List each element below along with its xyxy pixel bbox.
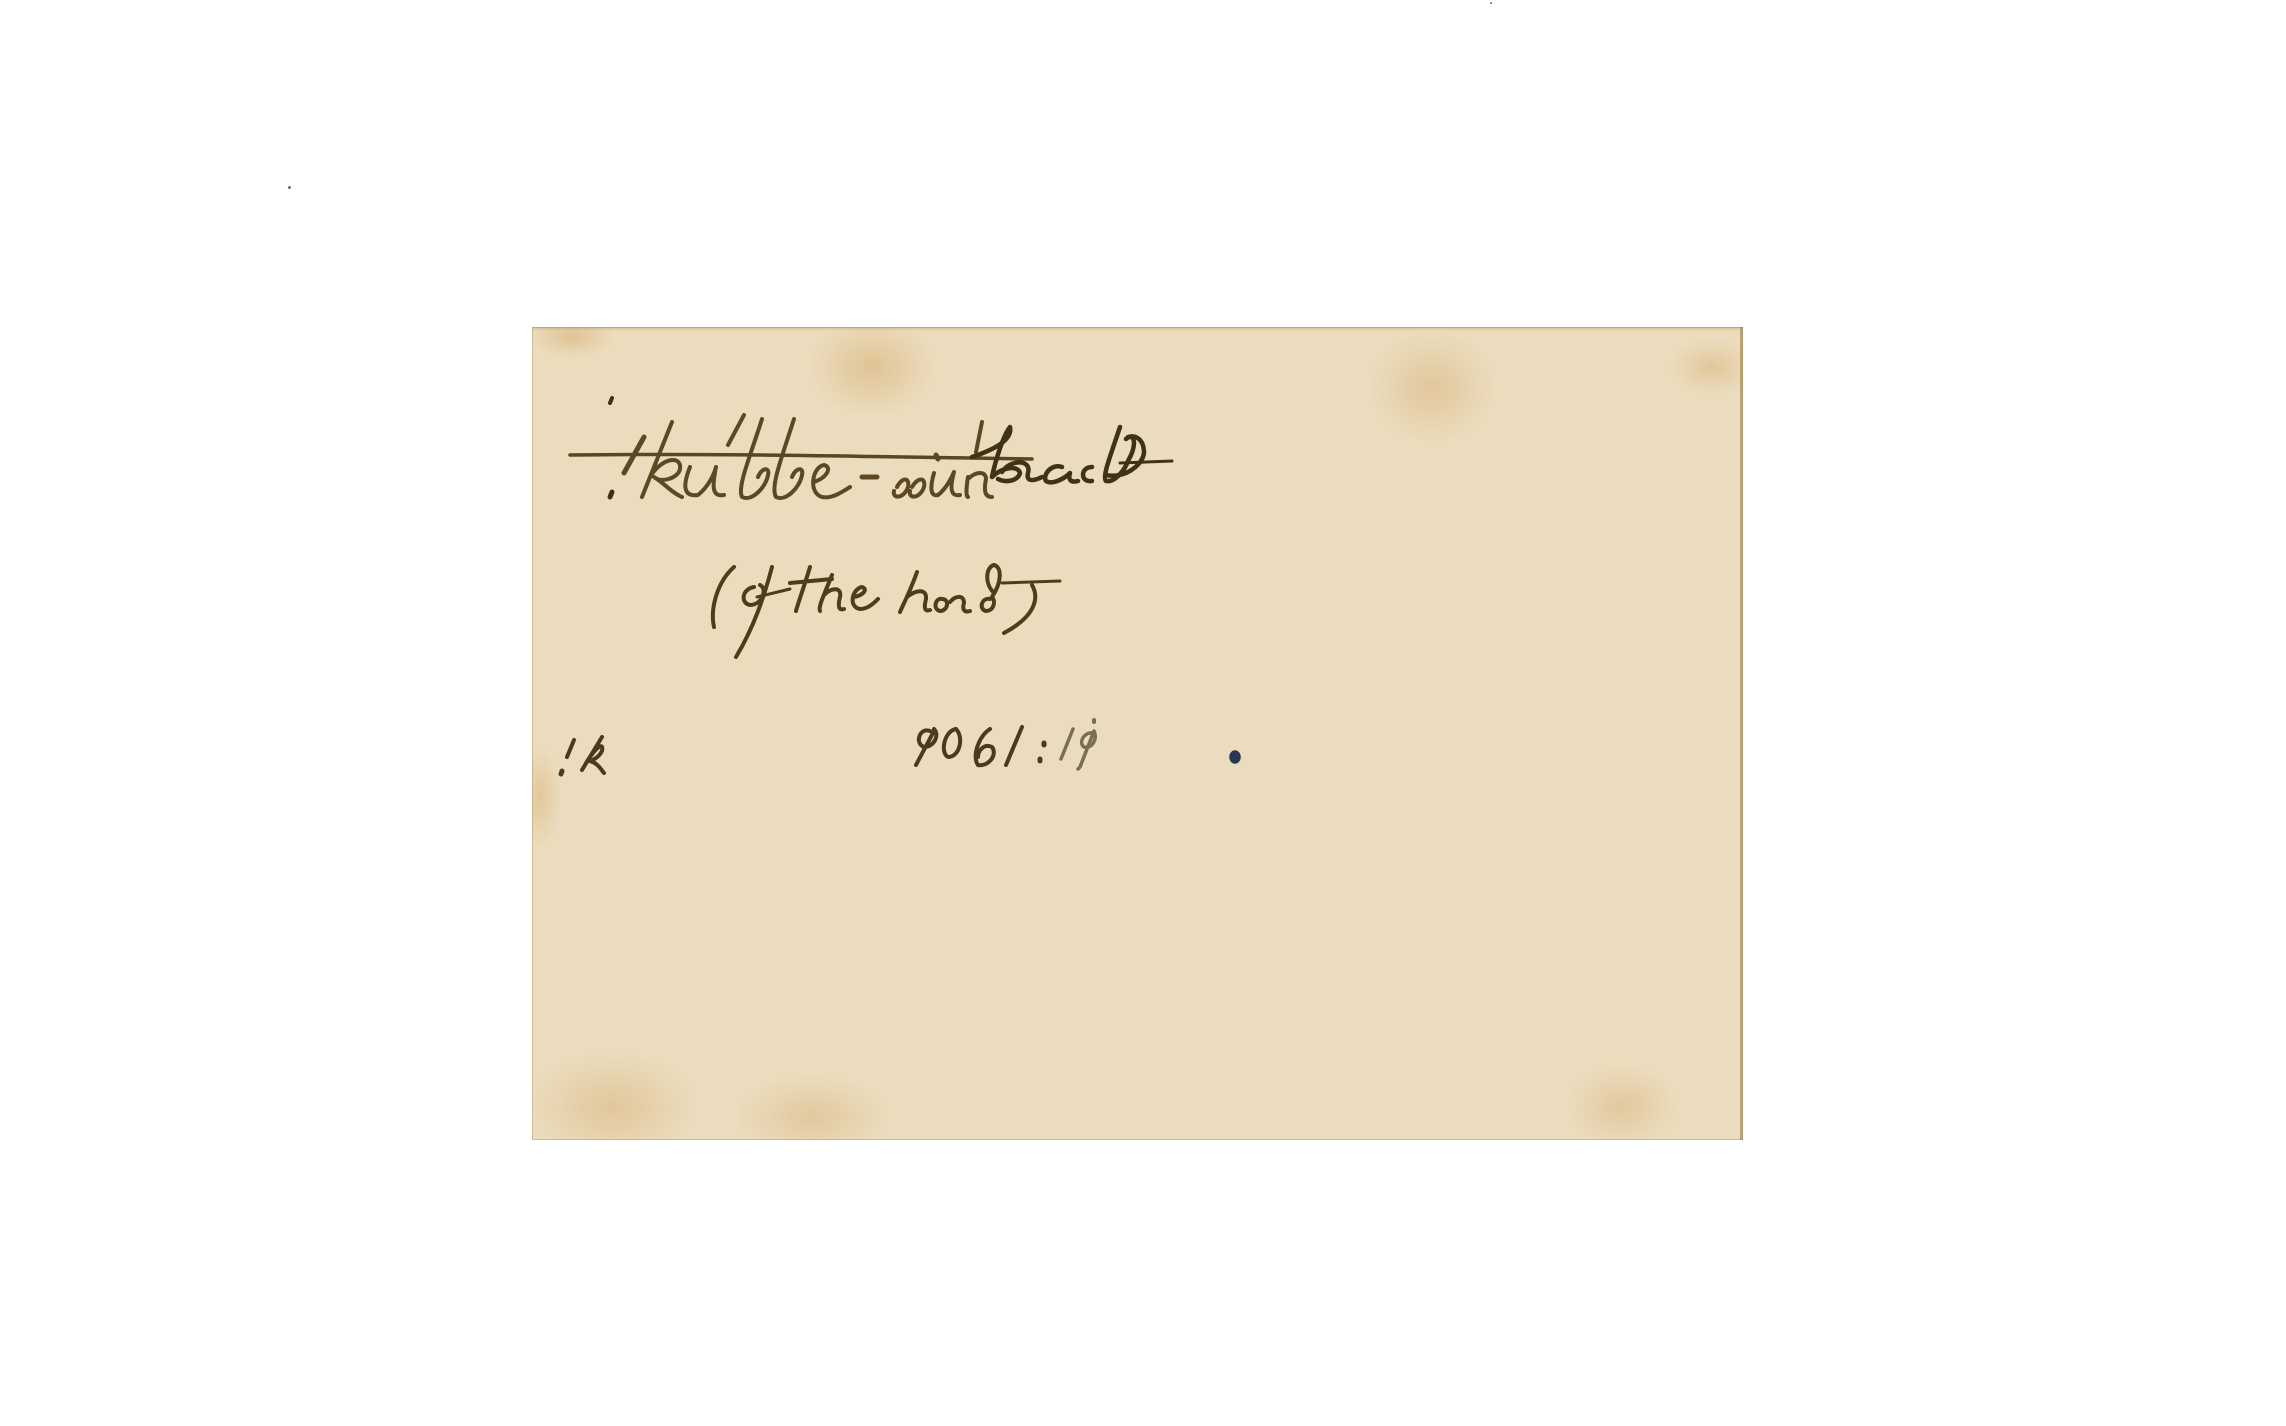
headword-underline (570, 454, 1032, 459)
blue-ink-mark (1231, 752, 1239, 762)
scan-speck (1490, 2, 1492, 4)
scan-speck (288, 186, 291, 189)
index-card: !kúbbe-ssiṅ back (of the hand) !k 9061:1… (532, 327, 1743, 1140)
